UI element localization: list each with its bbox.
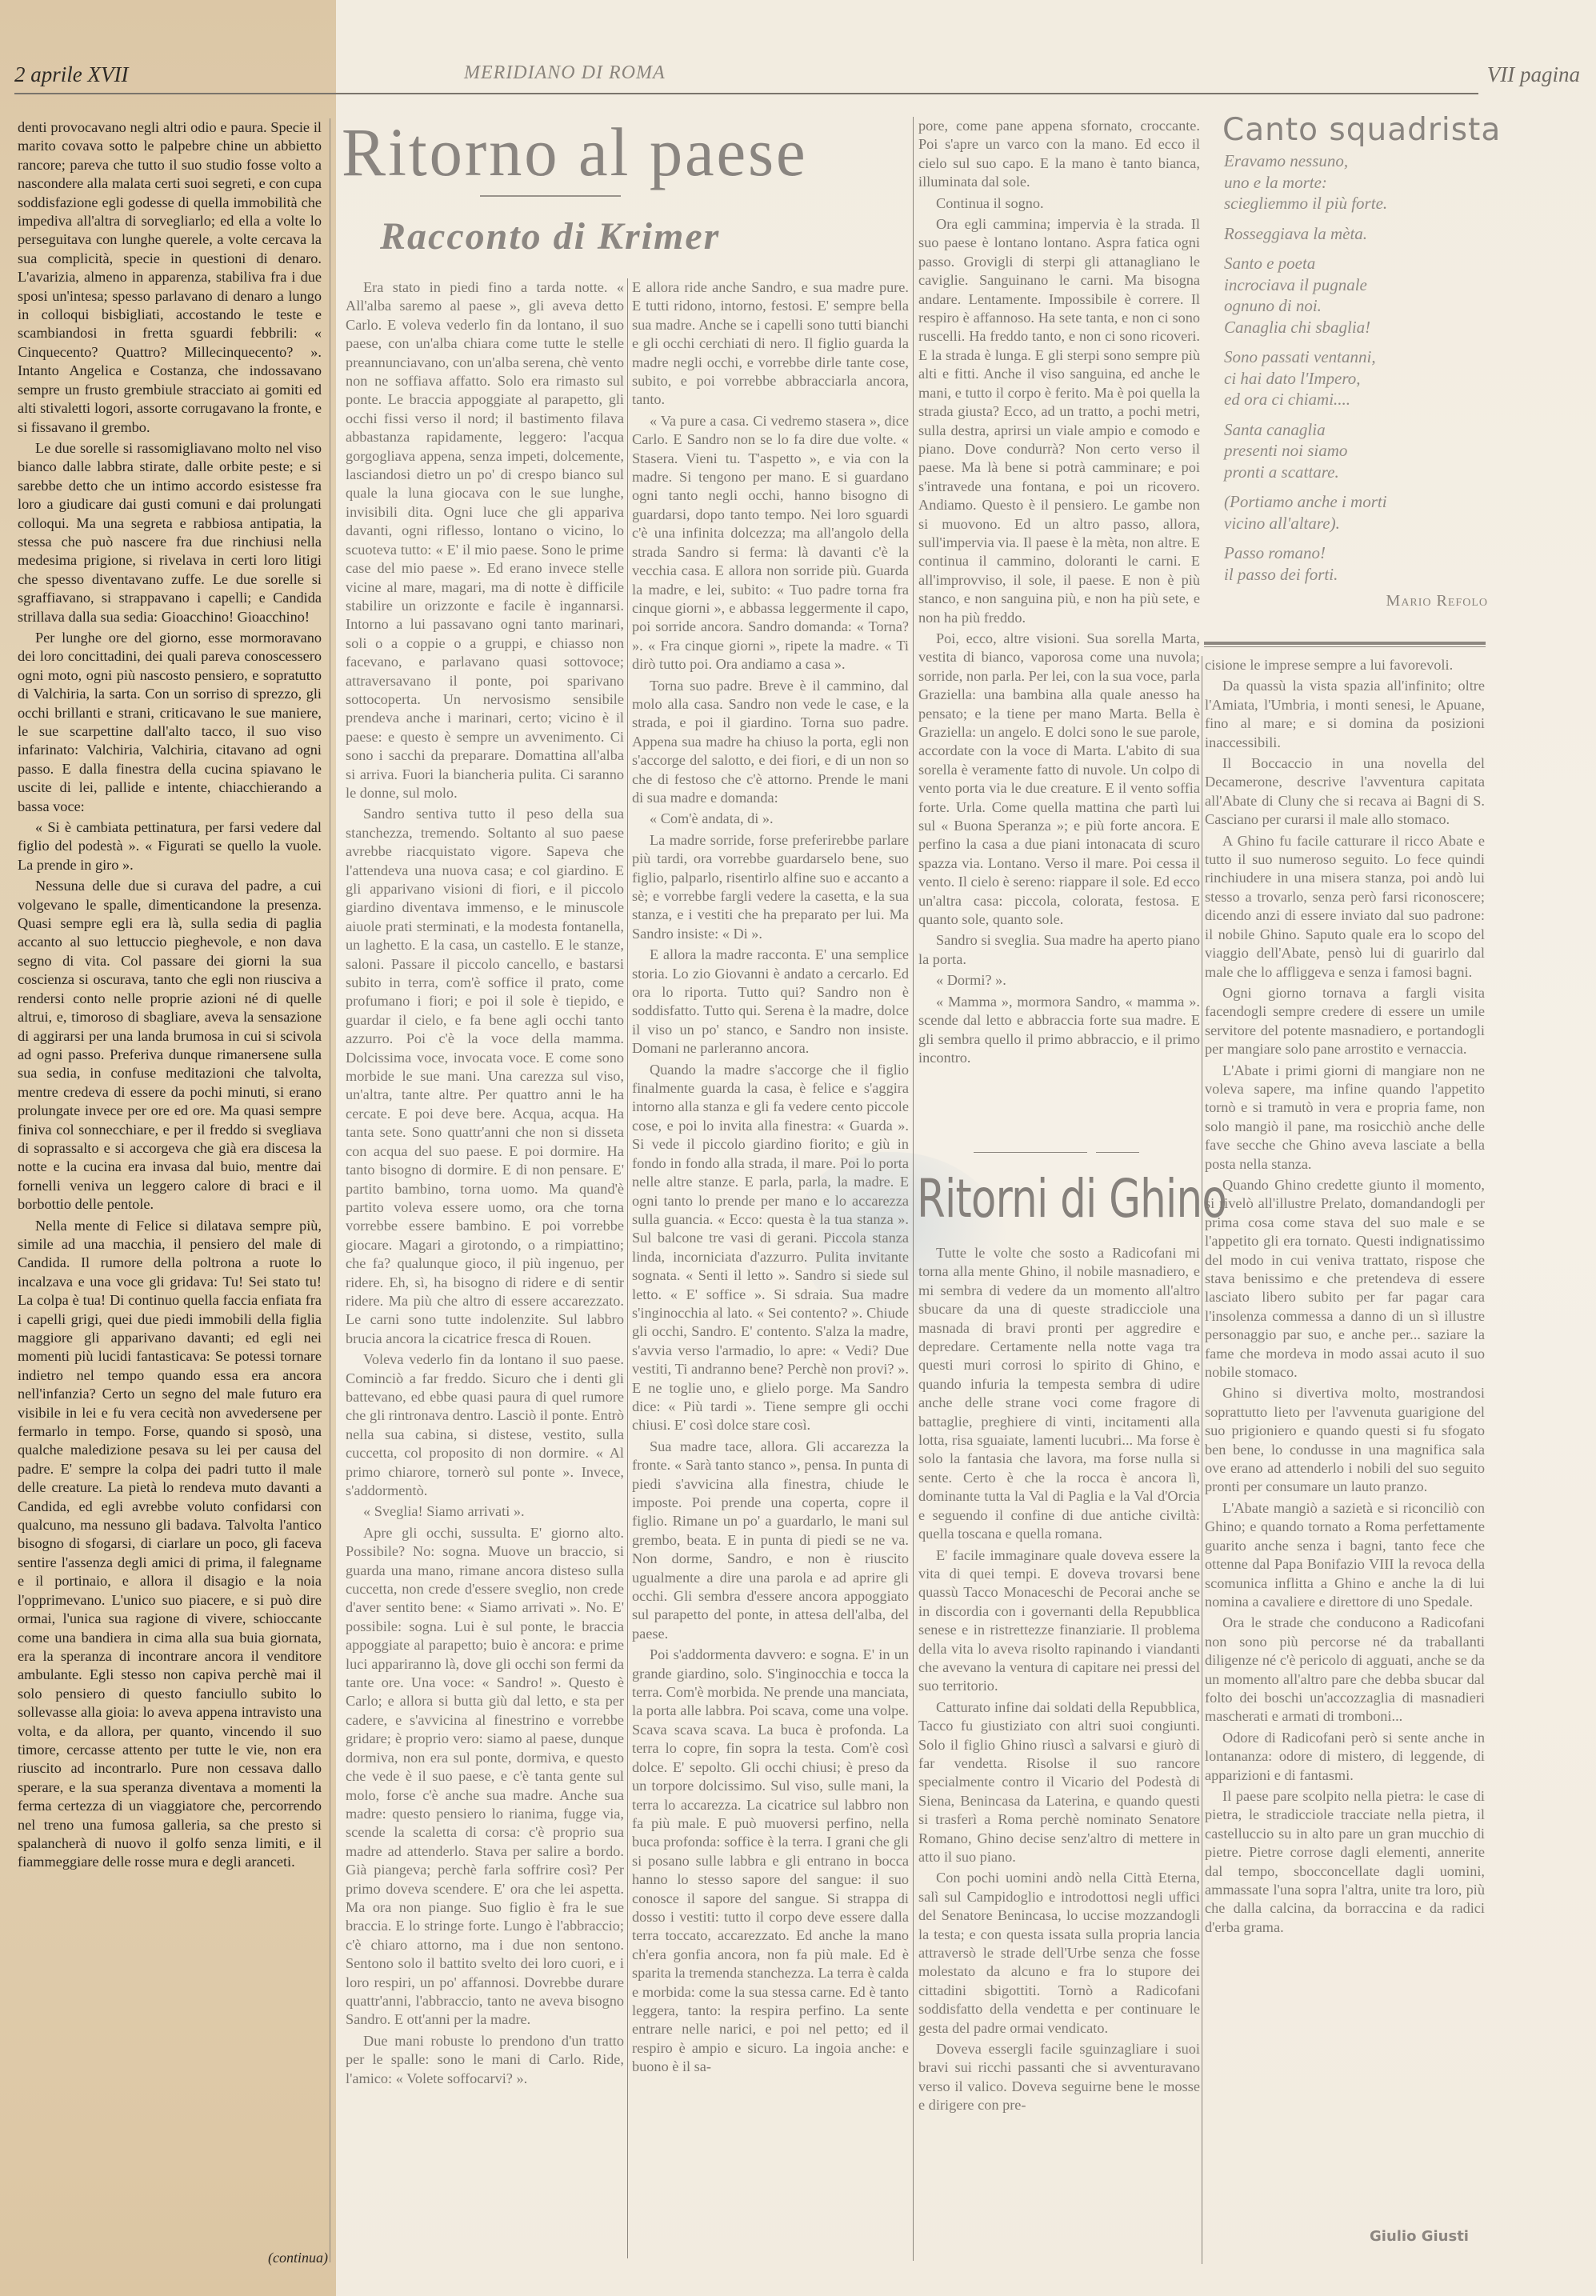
- paragraph: Ora le strade che conducono a Radicofani…: [1205, 1614, 1485, 1726]
- paragraph: denti provocavano negli altri odio e pau…: [18, 118, 322, 437]
- poem-line: pronti a scattare.: [1224, 462, 1488, 483]
- poem-line: Sono passati ventanni,: [1224, 346, 1488, 368]
- poem-line: Passo romano!: [1224, 542, 1488, 564]
- paragraph: Odore di Radicofani però si sente anche …: [1205, 1729, 1485, 1785]
- paragraph: Tutte le volte che sosto a Radicofani mi…: [918, 1244, 1200, 1544]
- paragraph: Ogni giorno tornava a fargli visita face…: [1205, 984, 1485, 1059]
- paragraph: Catturato infine dai soldati della Repub…: [918, 1698, 1200, 1867]
- poem-rule: [1204, 646, 1486, 647]
- paragraph: Sandro sentiva tutto il peso della sua s…: [346, 805, 624, 1348]
- issue-date: 2 aprile XVII: [14, 62, 128, 87]
- paragraph: E' facile immaginare quale doveva essere…: [918, 1546, 1200, 1696]
- paragraph: Le due sorelle si rassomigliavano molto …: [18, 439, 322, 626]
- poem-line: presenti noi siamo: [1224, 440, 1488, 462]
- title-rule: [480, 195, 621, 197]
- paragraph: « Sveglia! Siamo arrivati ».: [346, 1502, 624, 1521]
- paragraph: A Ghino fu facile catturare il ricco Aba…: [1205, 832, 1485, 982]
- ghino-column-1: Tutte le volte che sosto a Radicofani mi…: [918, 1244, 1200, 2118]
- ghino-column-2: cisione le imprese sempre a lui favorevo…: [1205, 656, 1485, 1939]
- paragraph: Nessuna delle due si curava del padre, a…: [18, 877, 322, 1214]
- poem-line: Canaglia chi sbaglia!: [1224, 317, 1488, 338]
- poem-author: Mario Refolo: [1224, 590, 1488, 612]
- column-divider: [1202, 656, 1202, 2264]
- poem-line: ed ora ci chiami....: [1224, 389, 1488, 410]
- poem-line: incrociava il pugnale: [1224, 274, 1488, 296]
- paragraph: Continua il sogno.: [918, 194, 1200, 213]
- paragraph: Con pochi uomini andò nella Città Eterna…: [918, 1869, 1200, 2038]
- poem-stanza: Eravamo nessuno,uno e la morte:sciegliem…: [1224, 150, 1488, 214]
- paragraph: Il Boccaccio in una novella del Decamero…: [1205, 754, 1485, 830]
- story-column-2: E allora ride anche Sandro, e sua madre …: [632, 278, 909, 2079]
- paragraph: « Mamma », mormora Sandro, « mamma ». sc…: [918, 993, 1200, 1068]
- paragraph: Sua madre tace, allora. Gli accarezza la…: [632, 1438, 909, 1643]
- paragraph: « Va pure a casa. Ci vedremo stasera », …: [632, 412, 909, 674]
- poem-line: ognuno di noi.: [1224, 295, 1488, 317]
- poem-line: sciegliemmo il più forte.: [1224, 193, 1488, 214]
- section-rule: [974, 1152, 1087, 1153]
- poem-line: uno e la morte:: [1224, 172, 1488, 194]
- story-column-1: Era stato in piedi fino a tarda notte. «…: [346, 278, 624, 2090]
- paragraph: Torna suo padre. Breve è il cammino, dal…: [632, 677, 909, 808]
- poem-line: Santo e poeta: [1224, 253, 1488, 274]
- paragraph: L'Abate mangiò a sazietà e si riconciliò…: [1205, 1499, 1485, 1611]
- paragraph: Due mani robuste lo prendono d'un tratto…: [346, 2032, 624, 2088]
- paragraph: Apre gli occhi, sussulta. E' giorno alto…: [346, 1524, 624, 2030]
- section-rule: [1096, 1152, 1139, 1153]
- masthead: MERIDIANO DI ROMA: [464, 62, 666, 84]
- paragraph: « Si è cambiata pettinatura, per farsi v…: [18, 818, 322, 874]
- poem-stanza: Sono passati ventanni,ci hai dato l'Impe…: [1224, 346, 1488, 410]
- paragraph: E allora ride anche Sandro, e sua madre …: [632, 278, 909, 410]
- header-rule: [14, 93, 1478, 94]
- paragraph: cisione le imprese sempre a lui favorevo…: [1205, 656, 1485, 674]
- poem-body: Eravamo nessuno,uno e la morte:sciegliem…: [1224, 150, 1488, 612]
- story-subtitle: Racconto di Krimer: [380, 214, 720, 258]
- poem-line: vicino all'altare).: [1224, 513, 1488, 534]
- paragraph: Ora egli cammina; impervia è la strada. …: [918, 215, 1200, 627]
- poem-line: Santa canaglia: [1224, 419, 1488, 441]
- continua-note: (continua): [268, 2250, 328, 2266]
- paragraph: Quando la madre s'accorge che il figlio …: [632, 1061, 909, 1435]
- paragraph: Il paese pare scolpito nella pietra: le …: [1205, 1787, 1485, 1937]
- ghino-title: Ritorni di Ghino: [917, 1168, 1226, 1230]
- paragraph: « Dormi? ».: [918, 971, 1200, 990]
- paragraph: La madre sorride, forse preferirebbe par…: [632, 831, 909, 943]
- paragraph: Ghino si divertiva molto, mostrandosi so…: [1205, 1384, 1485, 1496]
- paragraph: Quando Ghino credette giunto il momento,…: [1205, 1176, 1485, 1382]
- paragraph: « Com'è andata, di ».: [632, 810, 909, 828]
- poem-title: Canto squadrista: [1222, 112, 1501, 148]
- paragraph: Per lunghe ore del giorno, esse mormorav…: [18, 629, 322, 816]
- poem-line: Eravamo nessuno,: [1224, 150, 1488, 172]
- poem-line: ci hai dato l'Impero,: [1224, 368, 1488, 390]
- column-divider: [913, 117, 914, 2261]
- paragraph: Poi, ecco, altre visioni. Sua sorella Ma…: [918, 630, 1200, 930]
- column-divider: [627, 278, 628, 2258]
- paragraph: Era stato in piedi fino a tarda notte. «…: [346, 278, 624, 802]
- poem-stanza: Rosseggiava la mèta.: [1224, 223, 1488, 245]
- left-column-serial: denti provocavano negli altri odio e pau…: [18, 118, 322, 1874]
- paragraph: pore, come pane appena sfornato, croccan…: [918, 117, 1200, 192]
- poem-rule: [1204, 642, 1486, 645]
- poem-stanza: (Portiamo anche i mortivicino all'altare…: [1224, 491, 1488, 534]
- poem-stanza: Santa canagliapresenti noi siamopronti a…: [1224, 419, 1488, 483]
- paragraph: L'Abate i primi giorni di mangiare non n…: [1205, 1062, 1485, 1174]
- paragraph: Voleva vederlo fin da lontano il suo pae…: [346, 1350, 624, 1500]
- page-number: VII pagina: [1487, 62, 1580, 87]
- poem-line: (Portiamo anche i morti: [1224, 491, 1488, 513]
- poem-line: il passo dei forti.: [1224, 564, 1488, 586]
- paragraph: Doveva essergli facile sguinzagliare i s…: [918, 2040, 1200, 2115]
- ghino-author: Giulio Giusti: [1370, 2228, 1469, 2245]
- paragraph: Poi s'addormenta davvero: e sogna. E' in…: [632, 1646, 909, 2076]
- poem-stanza: Santo e poetaincrociava il pugnaleognuno…: [1224, 253, 1488, 338]
- paragraph: Da quassù la vista spazia all'infinito; …: [1205, 677, 1485, 752]
- paragraph: Nella mente di Felice si dilatava sempre…: [18, 1217, 322, 1872]
- story-title: Ritorno al paese: [342, 116, 802, 188]
- poem-line: Rosseggiava la mèta.: [1224, 223, 1488, 245]
- paragraph: Sandro si sveglia. Sua madre ha aperto p…: [918, 931, 1200, 969]
- story-column-3: pore, come pane appena sfornato, croccan…: [918, 117, 1200, 1070]
- column-divider: [330, 118, 330, 2262]
- poem-stanza: Passo romano!il passo dei forti.: [1224, 542, 1488, 585]
- paragraph: E allora la madre racconta. E' una sempl…: [632, 946, 909, 1058]
